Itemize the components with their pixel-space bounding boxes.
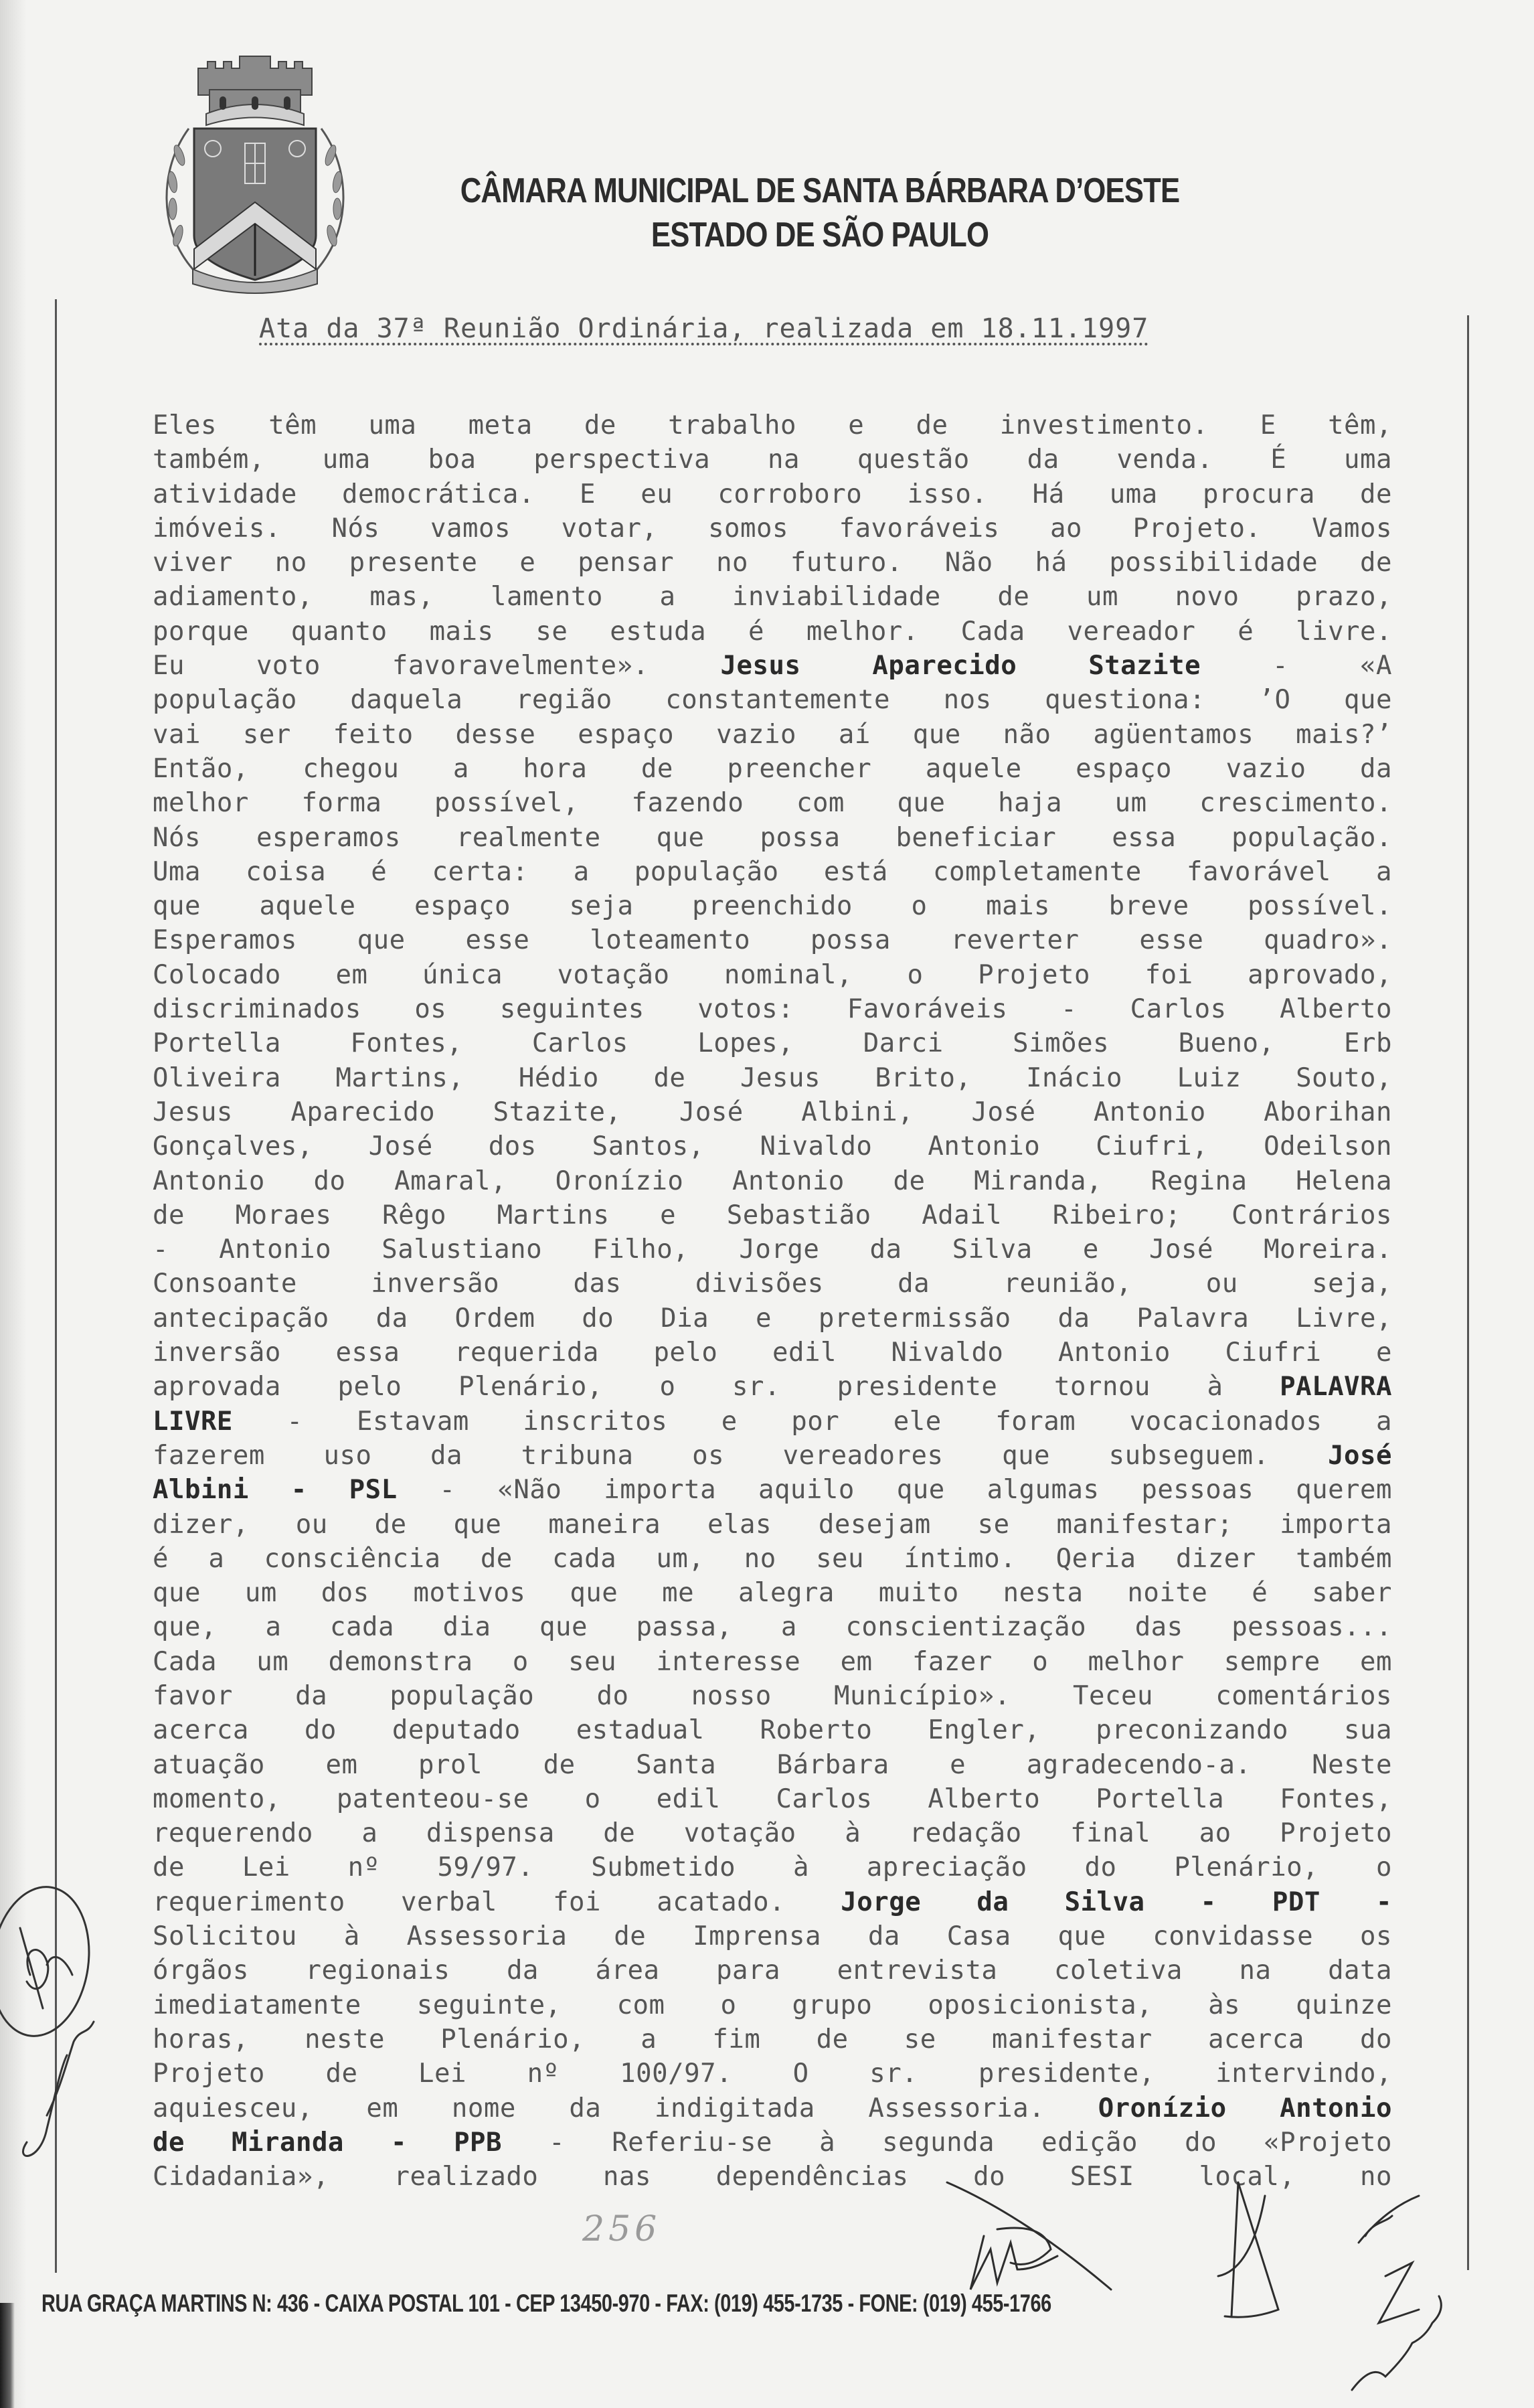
text-segment: requerendo a dispensa de votação à redaç… (153, 1818, 1392, 1848)
text-line: vai ser feito desse espaço vazio aí que … (153, 718, 1392, 752)
signature-2-icon (1211, 2156, 1298, 2330)
text-line: antecipação da Ordem do Dia e pretermiss… (153, 1301, 1392, 1336)
text-segment: de Lei nº 59/97. Submetido à apreciação … (153, 1852, 1392, 1882)
text-line: que um dos motivos que me alegra muito n… (153, 1576, 1392, 1610)
text-segment: que um dos motivos que me alegra muito n… (153, 1578, 1392, 1608)
frame-right-rule (1467, 315, 1469, 2270)
text-segment: acerca do deputado estadual Roberto Engl… (153, 1715, 1392, 1745)
text-segment: Eles têm uma meta de trabalho e de inves… (153, 410, 1392, 440)
text-line: de Lei nº 59/97. Submetido à apreciação … (153, 1850, 1392, 1884)
text-segment: Colocado em única votação nominal, o Pro… (153, 960, 1392, 990)
text-segment: Portella Fontes, Carlos Lopes, Darci Sim… (153, 1028, 1392, 1058)
text-segment: Solicitou à Assessoria de Imprensa da Ca… (153, 1921, 1392, 1951)
org-state: ESTADO DE SÃO PAULO (446, 213, 1193, 257)
text-segment: Esperamos que esse loteamento possa reve… (153, 925, 1392, 955)
text-line: melhor forma possível, fazendo com que h… (153, 786, 1392, 820)
text-segment: população daquela região constantemente … (153, 685, 1392, 715)
text-segment: fazerem uso da tribuna os vereadores que… (153, 1441, 1328, 1471)
text-line: Colocado em única votação nominal, o Pro… (153, 958, 1392, 992)
text-line: dizer, ou de que maneira elas desejam se… (153, 1508, 1392, 1542)
text-segment: - «A (1201, 651, 1392, 681)
scan-edge-dark (0, 2303, 15, 2408)
text-line: LIVRE - Estavam inscritos e por ele fora… (153, 1404, 1392, 1439)
minutes-body: Eles têm uma meta de trabalho e de inves… (153, 408, 1392, 2194)
text-line: inversão essa requerida pelo edil Nivald… (153, 1336, 1392, 1370)
text-line: Então, chegou a hora de preencher aquele… (153, 752, 1392, 786)
speaker-name: de Miranda - PPB (153, 2128, 502, 2158)
text-segment: Uma coisa é certa: a população está comp… (153, 857, 1392, 887)
text-segment: Cada um demonstra o seu interesse em faz… (153, 1647, 1392, 1677)
text-segment: Gonçalves, José dos Santos, Nivaldo Anto… (153, 1131, 1392, 1161)
speaker-name: LIVRE (153, 1407, 233, 1437)
text-line: é a consciência de cada um, no seu íntim… (153, 1542, 1392, 1576)
text-line: favor da população do nosso Município». … (153, 1679, 1392, 1713)
speaker-name: José (1328, 1441, 1392, 1471)
text-line: também, uma boa perspectiva na questão d… (153, 443, 1392, 477)
text-segment: vai ser feito desse espaço vazio aí que … (153, 720, 1392, 750)
text-segment: Antonio do Amaral, Oronízio Antonio de M… (153, 1166, 1392, 1196)
text-segment: que, a cada dia que passa, a conscientiz… (153, 1612, 1392, 1642)
text-segment: Cidadania», realizado nas dependências d… (153, 2162, 1392, 2192)
text-segment: Eu voto favoravelmente». (153, 651, 721, 681)
speaker-name: Albini - PSL (153, 1475, 398, 1505)
text-segment: de Moraes Rêgo Martins e Sebastião Adail… (153, 1200, 1392, 1230)
text-line: Portella Fontes, Carlos Lopes, Darci Sim… (153, 1026, 1392, 1060)
text-segment: - Antonio Salustiano Filho, Jorge da Sil… (153, 1234, 1392, 1265)
text-line: imediatamente seguinte, com o grupo opos… (153, 1988, 1392, 2022)
text-line: órgãos regionais da área para entrevista… (153, 1953, 1392, 1988)
text-line: imóveis. Nós vamos votar, somos favoráve… (153, 511, 1392, 546)
text-line: adiamento, mas, lamento a inviabilidade … (153, 580, 1392, 614)
text-line: discriminados os seguintes votos: Favorá… (153, 992, 1392, 1026)
text-line: Nós esperamos realmente que possa benefi… (153, 821, 1392, 855)
signature-1-icon (944, 2169, 1158, 2303)
text-segment: é a consciência de cada um, no seu íntim… (153, 1544, 1392, 1574)
text-segment: - Referiu-se à segunda edição do «Projet… (502, 2128, 1392, 2158)
text-segment: discriminados os seguintes votos: Favorá… (153, 994, 1392, 1024)
margin-signature-icon (0, 1848, 107, 2182)
text-segment: Jesus Aparecido Stazite, José Albini, Jo… (153, 1097, 1392, 1127)
text-segment: porque quanto mais se estuda é melhor. C… (153, 617, 1392, 647)
text-segment: dizer, ou de que maneira elas desejam se… (153, 1510, 1392, 1540)
text-line: requerimento verbal foi acatado. Jorge d… (153, 1885, 1392, 1919)
text-line: horas, neste Plenário, a fim de se manif… (153, 2022, 1392, 2057)
text-line: Esperamos que esse loteamento possa reve… (153, 923, 1392, 957)
text-line: Albini - PSL - «Não importa aquilo que a… (153, 1473, 1392, 1507)
text-line: Gonçalves, José dos Santos, Nivaldo Anto… (153, 1129, 1392, 1163)
text-segment: atividade democrática. E eu corroboro is… (153, 479, 1392, 509)
text-line: Cidadania», realizado nas dependências d… (153, 2160, 1392, 2194)
text-segment: aprovada pelo Plenário, o sr. presidente… (153, 1372, 1280, 1402)
text-line: Cada um demonstra o seu interesse em faz… (153, 1645, 1392, 1679)
text-segment: melhor forma possível, fazendo com que h… (153, 788, 1392, 818)
text-segment: imediatamente seguinte, com o grupo opos… (153, 1990, 1392, 2020)
text-segment: Então, chegou a hora de preencher aquele… (153, 754, 1392, 784)
text-line: Antonio do Amaral, Oronízio Antonio de M… (153, 1164, 1392, 1198)
text-line: Consoante inversão das divisões da reuni… (153, 1267, 1392, 1301)
text-line: porque quanto mais se estuda é melhor. C… (153, 615, 1392, 649)
text-segment: adiamento, mas, lamento a inviabilidade … (153, 582, 1392, 612)
document-title: Ata da 37ª Reunião Ordinária, realizada … (259, 313, 1148, 344)
text-line: viver no presente e pensar no futuro. Nã… (153, 546, 1392, 580)
text-segment: viver no presente e pensar no futuro. Nã… (153, 548, 1392, 578)
text-segment: antecipação da Ordem do Dia e pretermiss… (153, 1303, 1392, 1334)
text-line: aprovada pelo Plenário, o sr. presidente… (153, 1370, 1392, 1404)
signature-3-icon (1345, 2189, 1479, 2403)
text-segment: momento, patenteou-se o edil Carlos Albe… (153, 1784, 1392, 1814)
org-name: CÂMARA MUNICIPAL DE SANTA BÁRBARA D’OEST… (446, 169, 1193, 213)
text-segment: Projeto de Lei nº 100/97. O sr. presiden… (153, 2059, 1392, 2089)
text-line: Projeto de Lei nº 100/97. O sr. presiden… (153, 2057, 1392, 2091)
text-segment: - Estavam inscritos e por ele foram voca… (233, 1407, 1392, 1437)
speaker-name: Oronízio Antonio (1098, 2093, 1392, 2123)
text-line: população daquela região constantemente … (153, 683, 1392, 717)
text-line: acerca do deputado estadual Roberto Engl… (153, 1713, 1392, 1747)
text-segment: horas, neste Plenário, a fim de se manif… (153, 2024, 1392, 2055)
text-line: fazerem uso da tribuna os vereadores que… (153, 1439, 1392, 1473)
text-line: Solicitou à Assessoria de Imprensa da Ca… (153, 1919, 1392, 1953)
text-line: aquiesceu, em nome da indigitada Assesso… (153, 2091, 1392, 2125)
letterhead: CÂMARA MUNICIPAL DE SANTA BÁRBARA D’OEST… (375, 169, 1265, 257)
text-line: momento, patenteou-se o edil Carlos Albe… (153, 1782, 1392, 1816)
text-segment: Nós esperamos realmente que possa benefi… (153, 823, 1392, 853)
text-line: Oliveira Martins, Hédio de Jesus Brito, … (153, 1061, 1392, 1095)
text-line: que aquele espaço seja preenchido o mais… (153, 889, 1392, 923)
speaker-name: PALAVRA (1280, 1372, 1392, 1402)
text-segment: favor da população do nosso Município». … (153, 1681, 1392, 1711)
text-segment: imóveis. Nós vamos votar, somos favoráve… (153, 513, 1392, 544)
text-segment: - «Não importa aquilo que algumas pessoa… (398, 1475, 1392, 1505)
speaker-name: Jesus Aparecido Stazite (721, 651, 1201, 681)
speaker-name: Jorge da Silva - PDT - (841, 1887, 1392, 1917)
text-segment: atuação em prol de Santa Bárbara e agrad… (153, 1750, 1392, 1780)
text-segment: também, uma boa perspectiva na questão d… (153, 445, 1392, 475)
letterhead-footer-address: RUA GRAÇA MARTINS N: 436 - CAIXA POSTAL … (41, 2290, 1051, 2318)
text-segment: que aquele espaço seja preenchido o mais… (153, 891, 1392, 921)
text-line: Jesus Aparecido Stazite, José Albini, Jo… (153, 1095, 1392, 1129)
text-line: atuação em prol de Santa Bárbara e agrad… (153, 1748, 1392, 1782)
text-segment: aquiesceu, em nome da indigitada Assesso… (153, 2093, 1098, 2123)
text-segment: órgãos regionais da área para entrevista… (153, 1955, 1392, 1986)
text-line: que, a cada dia que passa, a conscientiz… (153, 1610, 1392, 1644)
text-line: atividade democrática. E eu corroboro is… (153, 477, 1392, 511)
text-segment: Oliveira Martins, Hédio de Jesus Brito, … (153, 1063, 1392, 1093)
text-segment: Consoante inversão das divisões da reuni… (153, 1269, 1392, 1299)
text-line: - Antonio Salustiano Filho, Jorge da Sil… (153, 1232, 1392, 1267)
text-line: Eu voto favoravelmente». Jesus Aparecido… (153, 649, 1392, 683)
text-segment: requerimento verbal foi acatado. (153, 1887, 841, 1917)
text-line: de Miranda - PPB - Referiu-se à segunda … (153, 2125, 1392, 2160)
text-line: de Moraes Rêgo Martins e Sebastião Adail… (153, 1198, 1392, 1232)
coat-of-arms-icon (146, 48, 364, 295)
text-line: Uma coisa é certa: a população está comp… (153, 855, 1392, 889)
text-segment: inversão essa requerida pelo edil Nivald… (153, 1338, 1392, 1368)
handwritten-page-number: 256 (582, 2209, 661, 2249)
text-line: Eles têm uma meta de trabalho e de inves… (153, 408, 1392, 443)
text-line: requerendo a dispensa de votação à redaç… (153, 1816, 1392, 1850)
